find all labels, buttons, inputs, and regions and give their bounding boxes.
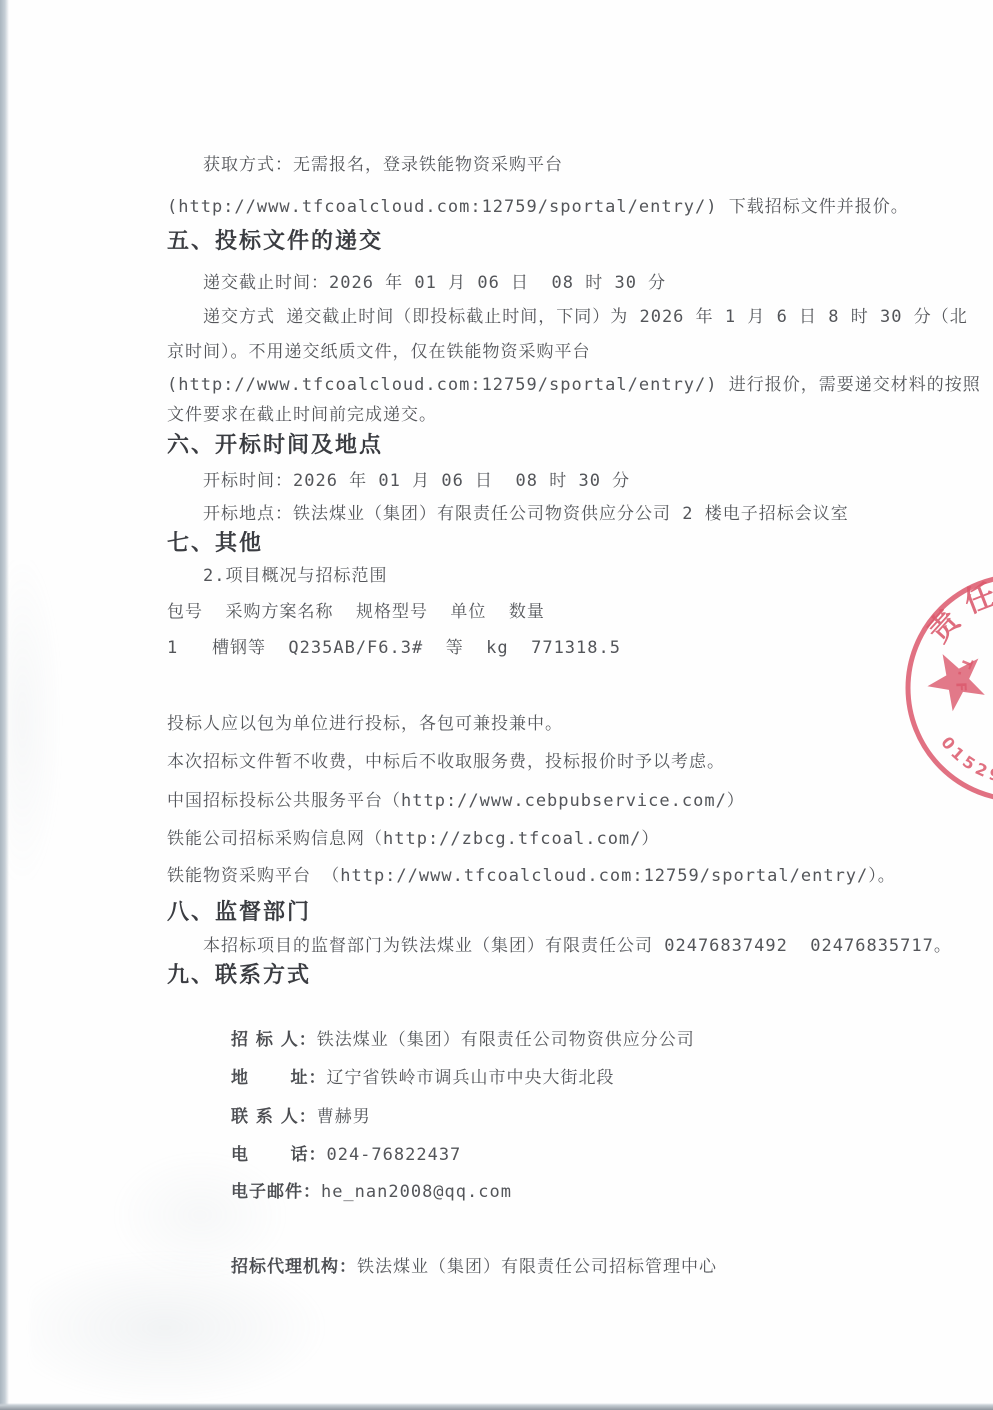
email-label: 电子邮件：	[231, 1182, 321, 1202]
star-icon	[922, 648, 986, 715]
acquisition-method-line: 获取方式：无需报名，登录铁能物资采购平台	[203, 150, 563, 175]
tender-notice-page: 获取方式：无需报名，登录铁能物资采购平台 (http://www.tfcoalc…	[0, 0, 993, 1410]
agency-row: 招标代理机构：铁法煤业（集团）有限责任公司招标管理中心	[186, 1232, 717, 1297]
supervision-line: 本招标项目的监督部门为铁法煤业（集团）有限责任公司 02476837492 02…	[203, 931, 952, 956]
seal-arc-text: 责任公司	[921, 572, 993, 650]
section-8-heading: 八、监督部门	[167, 895, 311, 926]
company-seal-stamp: 责任公司 T.F 01529	[893, 561, 993, 815]
agency-value: 铁法煤业（集团）有限责任公司招标管理中心	[357, 1257, 717, 1277]
tfcoal-platform-line: 铁能物资采购平台 （http://www.tfcoalcloud.com:127…	[167, 861, 896, 886]
acquisition-url-line: (http://www.tfcoalcloud.com:12759/sporta…	[167, 192, 909, 217]
submission-method-line-3: (http://www.tfcoalcloud.com:12759/sporta…	[167, 370, 981, 395]
email-row: 电子邮件：he_nan2008@qq.com	[186, 1157, 512, 1222]
agency-label: 招标代理机构：	[231, 1257, 357, 1277]
package-table-row: 1 槽钢等 Q235AB/F6.3# 等 kg 771318.5	[167, 633, 621, 658]
submission-method-line-2: 京时间）。不用递交纸质文件，仅在铁能物资采购平台	[167, 337, 591, 362]
deadline-line: 递交截止时间：2026 年 01 月 06 日 08 时 30 分	[203, 268, 666, 293]
scan-edge-bottom	[0, 1403, 993, 1410]
section-6-heading: 六、开标时间及地点	[167, 428, 383, 459]
submission-method-line-1: 递交方式 递交截止时间（即投标截止时间，下同）为 2026 年 1 月 6 日 …	[203, 302, 968, 327]
submission-method-line-4: 文件要求在截止时间前完成递交。	[167, 400, 437, 425]
seal-serial: 01529	[937, 733, 993, 787]
tfcoal-info-line: 铁能公司招标采购信息网（http://zbcg.tfcoal.com/）	[167, 824, 659, 849]
project-overview-line: 2.项目概况与招标范围	[203, 561, 387, 586]
opening-time-line: 开标时间：2026 年 01 月 06 日 08 时 30 分	[203, 466, 630, 491]
fee-note-line: 本次招标文件暂不收费，中标后不收取服务费，投标报价时予以考虑。	[167, 747, 725, 772]
package-table-header: 包号 采购方案名称 规格型号 单位 数量	[167, 597, 545, 622]
section-5-heading: 五、投标文件的递交	[167, 224, 383, 255]
section-9-heading: 九、联系方式	[167, 958, 311, 989]
email-value: he_nan2008@qq.com	[321, 1182, 512, 1202]
section-7-heading: 七、其他	[167, 526, 263, 557]
opening-location-line: 开标地点：铁法煤业（集团）有限责任公司物资供应分公司 2 楼电子招标会议室	[203, 499, 849, 524]
scan-smudge	[6, 560, 61, 880]
scan-edge-left	[0, 0, 9, 1410]
bid-rule-line: 投标人应以包为单位进行投标，各包可兼投兼中。	[167, 709, 563, 734]
ceb-platform-line: 中国招标投标公共服务平台（http://www.cebpubservice.co…	[167, 786, 745, 811]
